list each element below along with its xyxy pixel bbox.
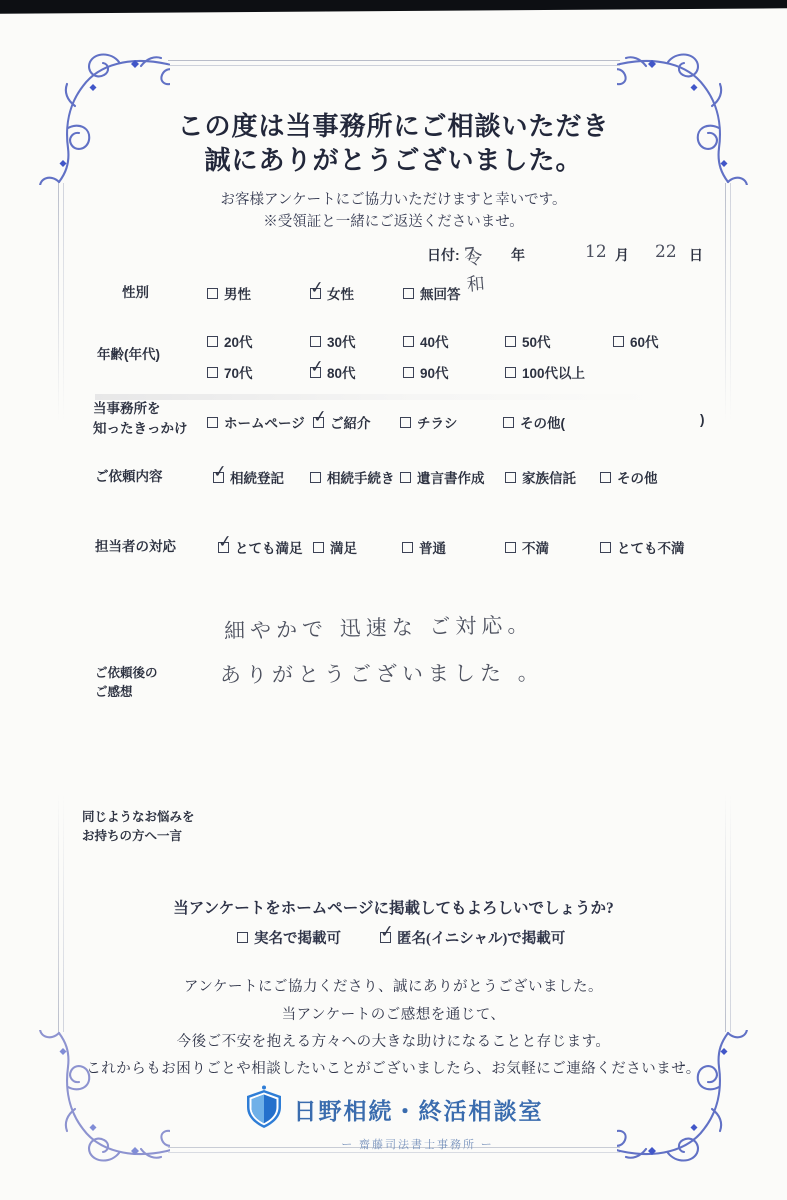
- checkbox-icon: ✓: [213, 472, 224, 483]
- option-will-preparation: 遺言書作成: [400, 467, 485, 487]
- option-dissatisfied: 不満: [505, 537, 549, 557]
- option-family-trust: 家族信託: [505, 467, 576, 487]
- closing-line-2: 当アンケートのご感想を通じて、: [0, 1003, 787, 1024]
- checkbox-icon: [613, 336, 624, 347]
- checkbox-icon: [505, 472, 516, 483]
- checkbox-icon: [237, 932, 248, 943]
- option-very-dissatisfied: とても不満: [600, 537, 685, 557]
- checkbox-icon: [503, 417, 514, 428]
- option-90s: 90代: [403, 362, 449, 382]
- option-other-request: その他: [600, 467, 658, 487]
- date-year-unit: 年: [511, 245, 525, 265]
- subtitle-line-1: お客様アンケートにご協力いただけますと幸いです。: [0, 189, 787, 211]
- option-male: 男性: [207, 283, 251, 303]
- question-label: 当事務所を 知ったきっかけ: [93, 399, 188, 440]
- checkbox-icon: [505, 336, 516, 347]
- title-line-2: 誠にありがとうございました。: [0, 144, 787, 178]
- question-label: ご依頼内容: [95, 467, 163, 487]
- option-60s: 60代: [613, 331, 659, 351]
- checkbox-icon: [207, 336, 218, 347]
- office-logo: 日野相続・終活相談室 ー 齋藤司法書士事務所 ー: [0, 1085, 787, 1152]
- question-label: 性別: [122, 283, 149, 303]
- closing-line-3: 今後ご不安を抱える方々への大きな助けになることと存じます。: [0, 1030, 787, 1051]
- closing-line-4: これからもお困りごとや相談したいことがございましたら、お気軽にご連絡くださいませ…: [0, 1057, 787, 1078]
- checkbox-icon: [207, 288, 218, 299]
- message-to-others-label: 同じようなお悩みを お持ちの方へ一言: [82, 808, 195, 846]
- closing-line-1: アンケートにご協力くださり、誠にありがとうございました。: [0, 975, 787, 996]
- office-name: 日野相続・終活相談室: [294, 1093, 544, 1126]
- option-homepage: ホームページ: [207, 412, 305, 432]
- date-month-unit: 月: [615, 245, 629, 265]
- option-referral: ✓ ご紹介: [313, 412, 371, 432]
- option-80s: ✓ 80代: [310, 362, 356, 382]
- option-70s: 70代: [207, 362, 253, 382]
- option-neutral: 普通: [402, 537, 446, 557]
- shield-icon: [244, 1085, 284, 1134]
- option-satisfied: 満足: [313, 537, 357, 557]
- option-anonymous: ✓ 匿名(イニシャル)で掲載可: [380, 927, 565, 948]
- checkmark-icon: ✓: [212, 463, 228, 481]
- page-subtitle: お客様アンケートにご協力いただけますと幸いです。 ※受領証と一緒にご返送ください…: [0, 189, 787, 234]
- checkbox-icon: ✓: [218, 542, 229, 553]
- option-flyer: チラシ: [400, 412, 458, 432]
- subtitle-line-2: ※受領証と一緒にご返送くださいませ。: [0, 211, 787, 233]
- date-label: 日付:: [427, 245, 460, 265]
- option-40s: 40代: [403, 331, 449, 351]
- option-other-source: その他(: [503, 412, 565, 432]
- question-source: 当事務所を 知ったきっかけ ホームページ ✓ ご紹介 チラシ その他( ): [0, 412, 787, 436]
- checkbox-icon: [505, 542, 516, 553]
- checkbox-icon: [505, 367, 516, 378]
- page-title: この度は当事務所にご相談いただき 誠にありがとうございました。: [0, 110, 787, 179]
- checkbox-icon: [403, 336, 414, 347]
- scan-edge-artifact: [0, 0, 787, 14]
- date-row: 日付: 令和7 年 12 月 22 日: [427, 241, 727, 271]
- feedback-handwritten-line2: ありがとうございました 。: [220, 657, 544, 689]
- title-line-1: この度は当事務所にご相談いただき: [0, 110, 787, 144]
- office-subtitle: ー 齋藤司法書士事務所 ー: [341, 1136, 494, 1152]
- checkbox-icon: [310, 336, 321, 347]
- question-request: ご依頼内容 ✓ 相続登記 相続手続き 遺言書作成 家族信託 その他: [0, 467, 787, 491]
- checkbox-icon: [207, 417, 218, 428]
- date-day-unit: 日: [689, 245, 703, 265]
- checkbox-icon: ✓: [310, 367, 321, 378]
- checkbox-icon: [403, 367, 414, 378]
- checkbox-icon: [402, 542, 413, 553]
- option-20s: 20代: [207, 331, 253, 351]
- checkbox-icon: ✓: [310, 288, 321, 299]
- other-close-paren: ): [700, 412, 705, 427]
- option-inheritance-procedure: 相続手続き: [310, 467, 395, 487]
- checkbox-icon: [600, 542, 611, 553]
- checkbox-icon: [600, 472, 611, 483]
- question-gender: 性別 男性 ✓ 女性 無回答: [0, 283, 787, 307]
- checkbox-icon: [400, 417, 411, 428]
- option-inheritance-registration: ✓ 相続登記: [213, 467, 284, 487]
- checkmark-icon: ✓: [379, 923, 395, 941]
- option-30s: 30代: [310, 331, 356, 351]
- question-label: 担当者の対応: [95, 537, 176, 557]
- date-month-handwritten: 12: [585, 242, 607, 262]
- option-real-name: 実名で掲載可: [237, 927, 341, 948]
- frame-top-line: [168, 60, 620, 66]
- question-age-row2: 70代 ✓ 80代 90代 100代以上: [0, 362, 787, 386]
- question-satisfaction: 担当者の対応 ✓ とても満足 満足 普通 不満 とても不満: [0, 537, 787, 561]
- checkbox-icon: ✓: [313, 417, 324, 428]
- checkmark-icon: ✓: [309, 279, 325, 297]
- checkbox-icon: [310, 472, 321, 483]
- option-very-satisfied: ✓ とても満足: [218, 537, 303, 557]
- checkmark-icon: ✓: [309, 358, 325, 376]
- checkbox-icon: ✓: [380, 932, 391, 943]
- feedback-label: ご依頼後の ご感想: [95, 664, 158, 702]
- scanned-survey-page: この度は当事務所にご相談いただき 誠にありがとうございました。 お客様アンケート…: [0, 0, 787, 1200]
- option-no-answer: 無回答: [403, 283, 461, 303]
- checkbox-icon: [313, 542, 324, 553]
- checkbox-icon: [207, 367, 218, 378]
- date-day-handwritten: 22: [655, 242, 677, 262]
- option-female: ✓ 女性: [310, 283, 354, 303]
- checkbox-icon: [400, 472, 411, 483]
- checkmark-icon: ✓: [312, 408, 328, 426]
- feedback-handwritten-line1: 細やかで 迅速な ご対応。: [224, 609, 534, 645]
- checkmark-icon: ✓: [217, 533, 233, 551]
- publication-question: 当アンケートをホームページに掲載してもよろしいでしょうか?: [0, 896, 787, 918]
- checkbox-icon: [403, 288, 414, 299]
- option-50s: 50代: [505, 331, 551, 351]
- option-100s: 100代以上: [505, 362, 585, 382]
- publication-options: 実名で掲載可 ✓ 匿名(イニシャル)で掲載可: [0, 927, 787, 951]
- question-age-row1: 20代 30代 40代 50代 60代: [0, 331, 787, 355]
